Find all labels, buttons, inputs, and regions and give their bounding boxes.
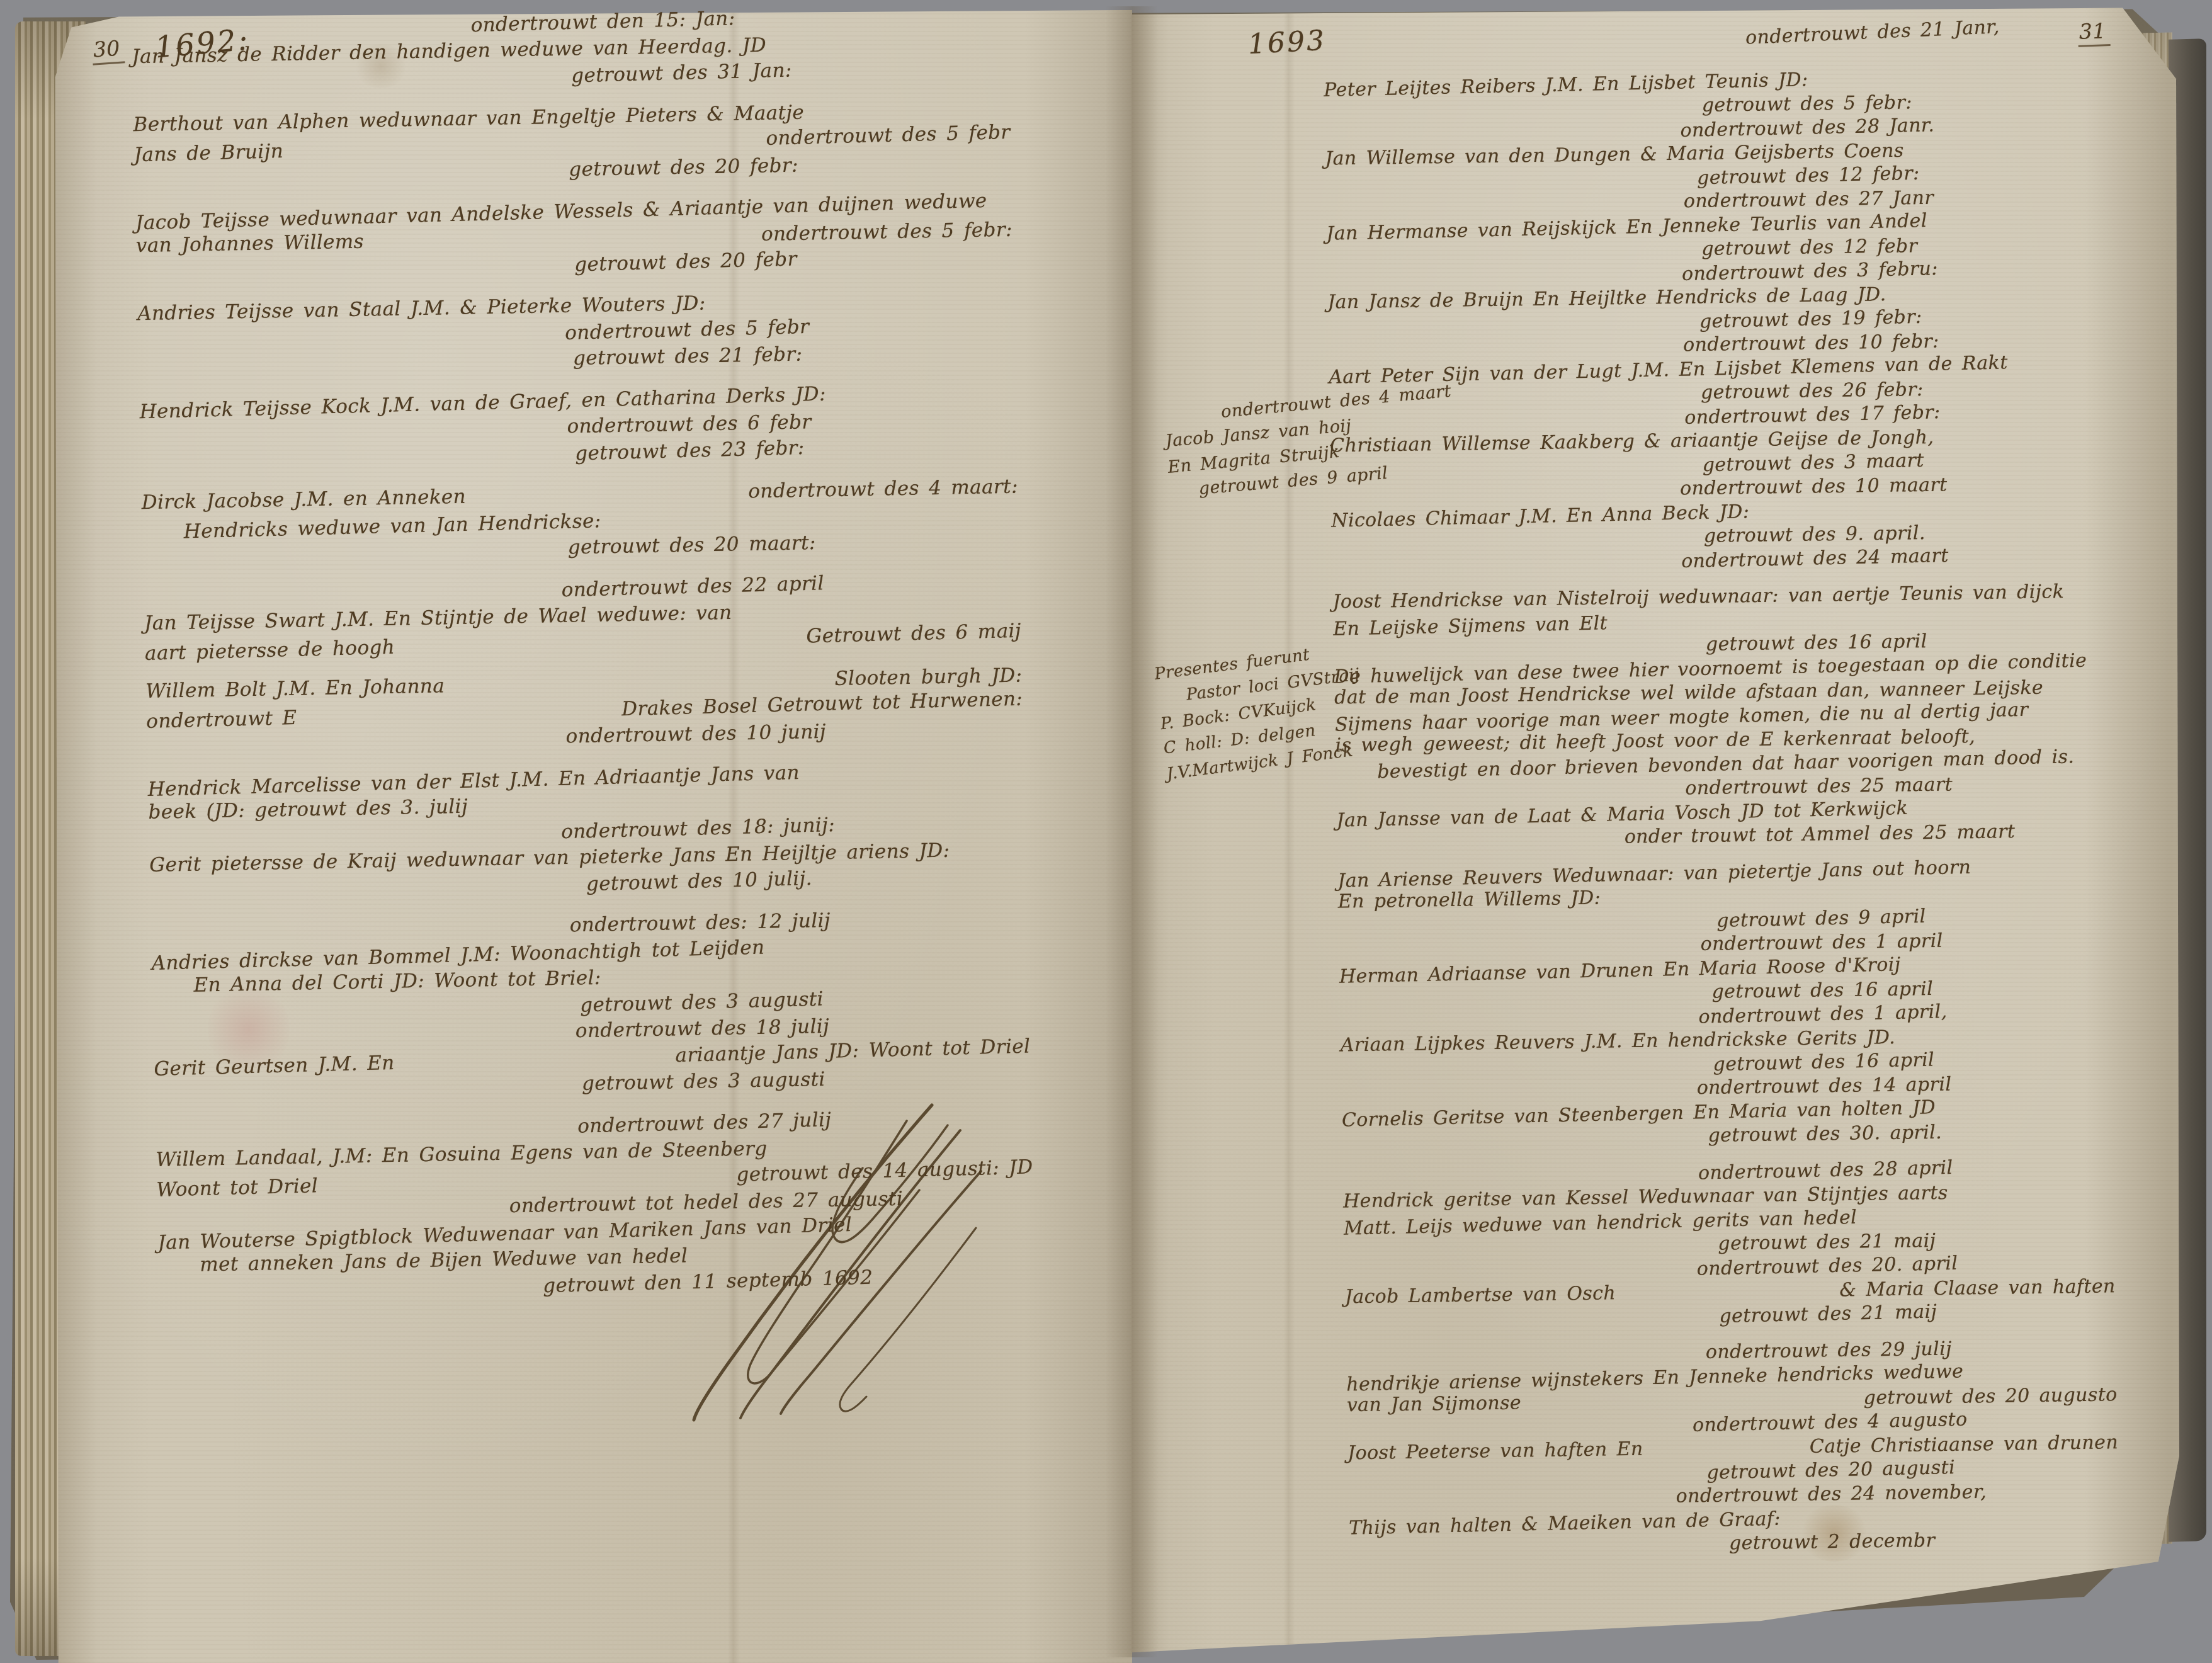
- manuscript-photo: { "colors":{ "background":"#8a8b8f", "pa…: [0, 0, 2212, 1663]
- margin-note-witnesses: Presentes fueruntPastor loci GVStraijP. …: [1153, 637, 1370, 786]
- year-heading-right: 1693: [1247, 25, 1327, 60]
- right-page-register-entries: Peter Leijtes Reibers J.M. En Lijsbet Te…: [1324, 62, 2196, 1563]
- page-number-left: 30: [91, 35, 125, 65]
- ink-flourish: [636, 1096, 995, 1439]
- page-number-right: 31: [2077, 18, 2110, 47]
